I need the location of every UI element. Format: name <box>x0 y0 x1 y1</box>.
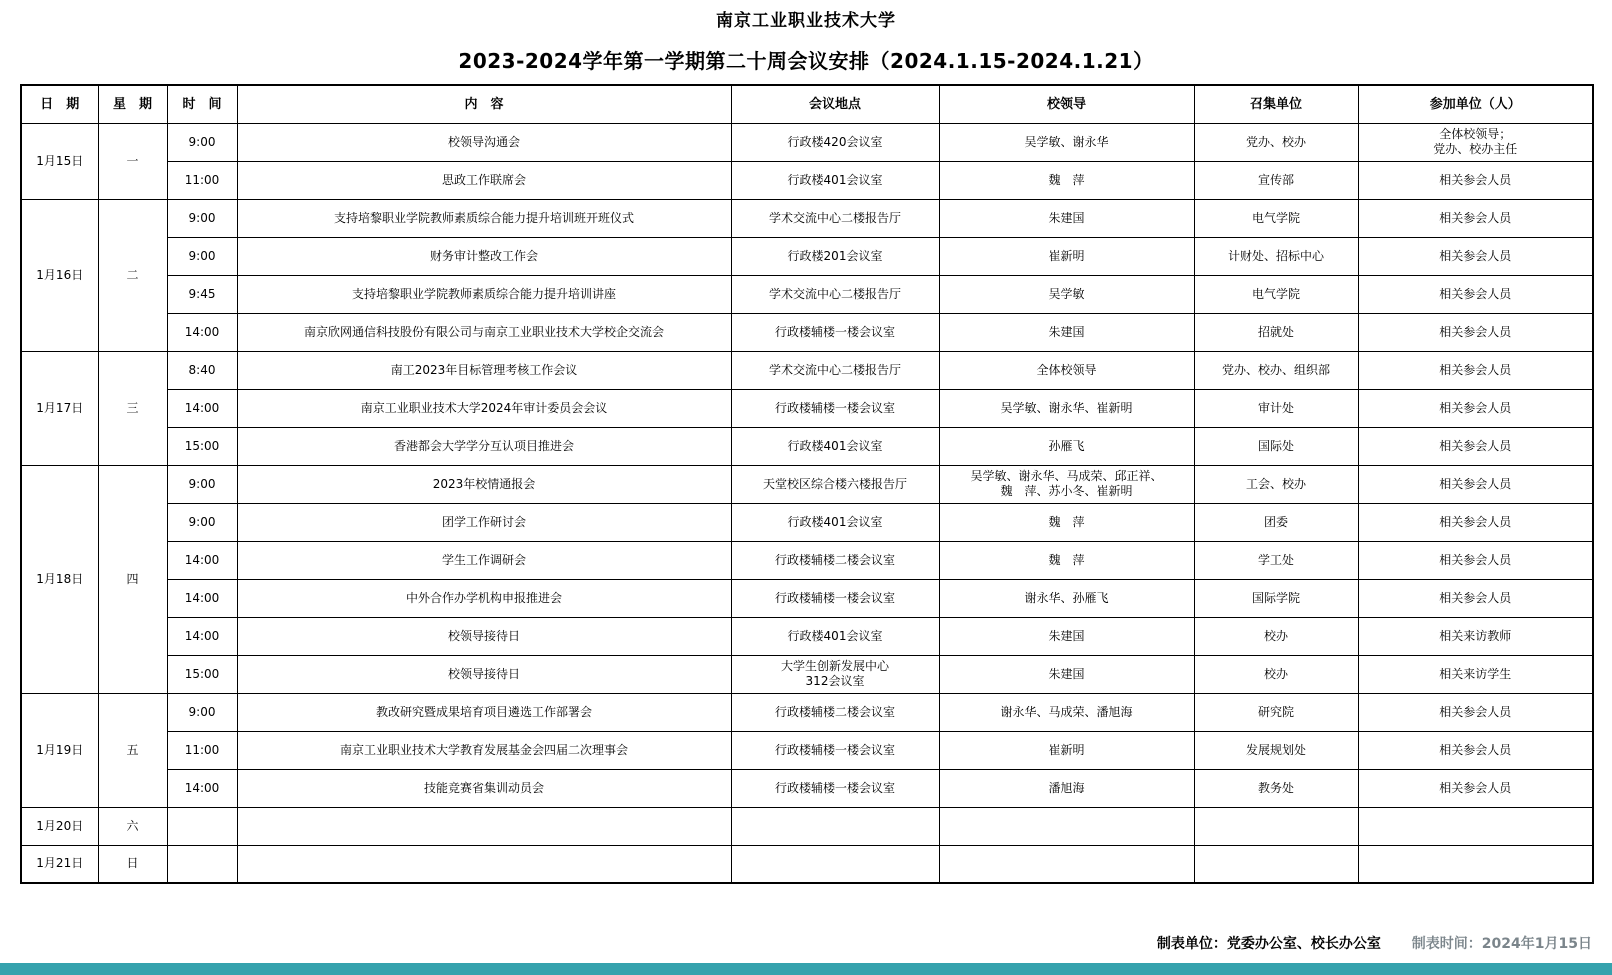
cell-participants: 相关参会人员 <box>1358 731 1593 769</box>
cell-convener: 国际处 <box>1194 427 1358 465</box>
schedule-table: 日 期 星 期 时 间 内 容 会议地点 校领导 召集单位 参加单位（人） 1月… <box>20 84 1594 884</box>
cell-leaders: 崔新明 <box>939 237 1194 275</box>
cell-participants: 相关参会人员 <box>1358 351 1593 389</box>
cell-convener: 学工处 <box>1194 541 1358 579</box>
cell-location: 行政楼辅楼一楼会议室 <box>731 769 939 807</box>
cell-convener <box>1194 845 1358 883</box>
cell-participants: 相关参会人员 <box>1358 389 1593 427</box>
table-row: 11:00 南京工业职业技术大学教育发展基金会四届二次理事会 行政楼辅楼一楼会议… <box>21 731 1593 769</box>
cell-leaders <box>939 845 1194 883</box>
cell-date: 1月16日 <box>21 199 98 351</box>
cell-leaders <box>939 807 1194 845</box>
cell-weekday: 一 <box>98 123 167 199</box>
cell-location <box>731 845 939 883</box>
cell-location: 行政楼辅楼二楼会议室 <box>731 693 939 731</box>
cell-time: 9:00 <box>167 465 237 503</box>
cell-location: 学术交流中心二楼报告厅 <box>731 199 939 237</box>
cell-participants: 相关参会人员 <box>1358 427 1593 465</box>
cell-participants: 相关参会人员 <box>1358 275 1593 313</box>
cell-convener: 研究院 <box>1194 693 1358 731</box>
cell-leaders: 朱建国 <box>939 313 1194 351</box>
cell-weekday: 六 <box>98 807 167 845</box>
cell-convener: 教务处 <box>1194 769 1358 807</box>
cell-time: 11:00 <box>167 731 237 769</box>
header-participants: 参加单位（人） <box>1358 85 1593 123</box>
cell-participants <box>1358 807 1593 845</box>
cell-date: 1月15日 <box>21 123 98 199</box>
cell-weekday: 二 <box>98 199 167 351</box>
page-subtitle: 2023-2024学年第一学期第二十周会议安排（2024.1.15-2024.1… <box>0 45 1612 74</box>
cell-leaders: 谢永华、马成荣、潘旭海 <box>939 693 1194 731</box>
cell-content: 校领导接待日 <box>237 655 731 693</box>
cell-participants: 相关来访学生 <box>1358 655 1593 693</box>
cell-participants: 相关参会人员 <box>1358 161 1593 199</box>
cell-leaders: 吴学敏、谢永华、崔新明 <box>939 389 1194 427</box>
cell-location: 行政楼401会议室 <box>731 161 939 199</box>
cell-time: 14:00 <box>167 579 237 617</box>
cell-content <box>237 845 731 883</box>
cell-time: 9:00 <box>167 199 237 237</box>
schedule-page: 南京工业职业技术大学 2023-2024学年第一学期第二十周会议安排（2024.… <box>0 0 1612 975</box>
cell-leaders: 孙雁飞 <box>939 427 1194 465</box>
cell-location: 大学生创新发展中心 312会议室 <box>731 655 939 693</box>
cell-participants: 相关来访教师 <box>1358 617 1593 655</box>
table-row: 1月17日三8:40 南工2023年目标管理考核工作会议 学术交流中心二楼报告厅… <box>21 351 1593 389</box>
cell-participants: 相关参会人员 <box>1358 769 1593 807</box>
cell-leaders: 吴学敏 <box>939 275 1194 313</box>
table-row: 1月19日五9:00 教改研究暨成果培育项目遴选工作部署会 行政楼辅楼二楼会议室… <box>21 693 1593 731</box>
cell-content: 财务审计整改工作会 <box>237 237 731 275</box>
cell-content: 校领导接待日 <box>237 617 731 655</box>
cell-participants: 相关参会人员 <box>1358 541 1593 579</box>
cell-leaders: 魏 萍 <box>939 503 1194 541</box>
cell-location: 行政楼401会议室 <box>731 503 939 541</box>
cell-content: 支持培黎职业学院教师素质综合能力提升培训班开班仪式 <box>237 199 731 237</box>
cell-leaders: 魏 萍 <box>939 161 1194 199</box>
cell-location: 行政楼辅楼一楼会议室 <box>731 579 939 617</box>
table-row: 15:00 校领导接待日 大学生创新发展中心 312会议室 朱建国 校办 相关来… <box>21 655 1593 693</box>
page-title: 南京工业职业技术大学 <box>0 0 1612 31</box>
table-row: 1月18日四9:00 2023年校情通报会 天堂校区综合楼六楼报告厅 吴学敏、谢… <box>21 465 1593 503</box>
cell-location: 行政楼辅楼一楼会议室 <box>731 731 939 769</box>
table-row: 9:45 支持培黎职业学院教师素质综合能力提升培训讲座 学术交流中心二楼报告厅 … <box>21 275 1593 313</box>
cell-convener: 工会、校办 <box>1194 465 1358 503</box>
cell-time: 9:00 <box>167 693 237 731</box>
cell-content: 南工2023年目标管理考核工作会议 <box>237 351 731 389</box>
cell-content: 支持培黎职业学院教师素质综合能力提升培训讲座 <box>237 275 731 313</box>
cell-weekday: 日 <box>98 845 167 883</box>
cell-content: 学生工作调研会 <box>237 541 731 579</box>
cell-leaders: 谢永华、孙雁飞 <box>939 579 1194 617</box>
table-row: 14:00 学生工作调研会 行政楼辅楼二楼会议室 魏 萍 学工处 相关参会人员 <box>21 541 1593 579</box>
cell-location: 行政楼辅楼一楼会议室 <box>731 389 939 427</box>
table-row: 15:00 香港都会大学学分互认项目推进会 行政楼401会议室 孙雁飞 国际处 … <box>21 427 1593 465</box>
cell-leaders: 潘旭海 <box>939 769 1194 807</box>
cell-time: 14:00 <box>167 313 237 351</box>
cell-participants: 相关参会人员 <box>1358 237 1593 275</box>
cell-time <box>167 807 237 845</box>
header-date: 日 期 <box>21 85 98 123</box>
cell-leaders: 全体校领导 <box>939 351 1194 389</box>
table-row: 9:00 财务审计整改工作会 行政楼201会议室 崔新明 计财处、招标中心 相关… <box>21 237 1593 275</box>
cell-participants: 全体校领导； 党办、校办主任 <box>1358 123 1593 161</box>
cell-location: 学术交流中心二楼报告厅 <box>731 275 939 313</box>
cell-location: 学术交流中心二楼报告厅 <box>731 351 939 389</box>
cell-participants: 相关参会人员 <box>1358 465 1593 503</box>
footer: 制表单位：党委办公室、校长办公室 制表时间：2024年1月15日 <box>1157 933 1592 953</box>
header-leaders: 校领导 <box>939 85 1194 123</box>
cell-content: 香港都会大学学分互认项目推进会 <box>237 427 731 465</box>
footer-maker-time: 制表时间：2024年1月15日 <box>1412 936 1592 952</box>
table-row: 1月15日一9:00 校领导沟通会 行政楼420会议室 吴学敏、谢永华 党办、校… <box>21 123 1593 161</box>
cell-convener: 国际学院 <box>1194 579 1358 617</box>
cell-participants: 相关参会人员 <box>1358 503 1593 541</box>
cell-date: 1月17日 <box>21 351 98 465</box>
cell-leaders: 朱建国 <box>939 617 1194 655</box>
cell-content: 南京欣网通信科技股份有限公司与南京工业职业技术大学校企交流会 <box>237 313 731 351</box>
cell-participants: 相关参会人员 <box>1358 313 1593 351</box>
cell-location: 行政楼401会议室 <box>731 427 939 465</box>
cell-participants: 相关参会人员 <box>1358 579 1593 617</box>
cell-location: 行政楼420会议室 <box>731 123 939 161</box>
cell-leaders: 魏 萍 <box>939 541 1194 579</box>
cell-convener: 电气学院 <box>1194 275 1358 313</box>
cell-convener: 招就处 <box>1194 313 1358 351</box>
cell-content: 技能竞赛省集训动员会 <box>237 769 731 807</box>
cell-content: 思政工作联席会 <box>237 161 731 199</box>
cell-weekday: 四 <box>98 465 167 693</box>
cell-time: 15:00 <box>167 427 237 465</box>
cell-time: 14:00 <box>167 541 237 579</box>
header-location: 会议地点 <box>731 85 939 123</box>
cell-convener <box>1194 807 1358 845</box>
cell-content: 校领导沟通会 <box>237 123 731 161</box>
table-row: 14:00 技能竞赛省集训动员会 行政楼辅楼一楼会议室 潘旭海 教务处 相关参会… <box>21 769 1593 807</box>
cell-leaders: 吴学敏、谢永华、马成荣、邱正祥、 魏 萍、苏小冬、崔新明 <box>939 465 1194 503</box>
cell-leaders: 朱建国 <box>939 199 1194 237</box>
cell-location: 天堂校区综合楼六楼报告厅 <box>731 465 939 503</box>
cell-time: 9:00 <box>167 123 237 161</box>
bottom-teal-bar <box>0 963 1612 975</box>
cell-convener: 宣传部 <box>1194 161 1358 199</box>
cell-content: 2023年校情通报会 <box>237 465 731 503</box>
header-row: 日 期 星 期 时 间 内 容 会议地点 校领导 召集单位 参加单位（人） <box>21 85 1593 123</box>
cell-content: 团学工作研讨会 <box>237 503 731 541</box>
cell-time: 14:00 <box>167 389 237 427</box>
cell-date: 1月19日 <box>21 693 98 807</box>
cell-date: 1月21日 <box>21 845 98 883</box>
cell-location: 行政楼辅楼一楼会议室 <box>731 313 939 351</box>
cell-time: 9:00 <box>167 503 237 541</box>
cell-date: 1月20日 <box>21 807 98 845</box>
footer-maker-unit: 制表单位：党委办公室、校长办公室 <box>1157 936 1381 952</box>
cell-convener: 校办 <box>1194 655 1358 693</box>
table-row: 9:00 团学工作研讨会 行政楼401会议室 魏 萍 团委 相关参会人员 <box>21 503 1593 541</box>
cell-content <box>237 807 731 845</box>
cell-content: 南京工业职业技术大学教育发展基金会四届二次理事会 <box>237 731 731 769</box>
cell-time: 14:00 <box>167 769 237 807</box>
table-row: 1月20日六 <box>21 807 1593 845</box>
cell-convener: 党办、校办、组织部 <box>1194 351 1358 389</box>
cell-time: 9:45 <box>167 275 237 313</box>
cell-convener: 校办 <box>1194 617 1358 655</box>
cell-time: 15:00 <box>167 655 237 693</box>
cell-weekday: 三 <box>98 351 167 465</box>
table-row: 14:00 南京工业职业技术大学2024年审计委员会会议 行政楼辅楼一楼会议室 … <box>21 389 1593 427</box>
header-convener: 召集单位 <box>1194 85 1358 123</box>
header-content: 内 容 <box>237 85 731 123</box>
cell-date: 1月18日 <box>21 465 98 693</box>
table-row: 14:00 校领导接待日 行政楼401会议室 朱建国 校办 相关来访教师 <box>21 617 1593 655</box>
cell-content: 南京工业职业技术大学2024年审计委员会会议 <box>237 389 731 427</box>
table-row: 1月21日日 <box>21 845 1593 883</box>
cell-leaders: 崔新明 <box>939 731 1194 769</box>
cell-time: 14:00 <box>167 617 237 655</box>
cell-participants: 相关参会人员 <box>1358 693 1593 731</box>
cell-location: 行政楼辅楼二楼会议室 <box>731 541 939 579</box>
cell-location: 行政楼201会议室 <box>731 237 939 275</box>
cell-participants: 相关参会人员 <box>1358 199 1593 237</box>
cell-time: 9:00 <box>167 237 237 275</box>
cell-time: 8:40 <box>167 351 237 389</box>
cell-content: 教改研究暨成果培育项目遴选工作部署会 <box>237 693 731 731</box>
cell-convener: 发展规划处 <box>1194 731 1358 769</box>
cell-leaders: 朱建国 <box>939 655 1194 693</box>
table-row: 1月16日二9:00 支持培黎职业学院教师素质综合能力提升培训班开班仪式 学术交… <box>21 199 1593 237</box>
header-weekday: 星 期 <box>98 85 167 123</box>
cell-location <box>731 807 939 845</box>
cell-convener: 党办、校办 <box>1194 123 1358 161</box>
header-time: 时 间 <box>167 85 237 123</box>
cell-leaders: 吴学敏、谢永华 <box>939 123 1194 161</box>
cell-participants <box>1358 845 1593 883</box>
cell-time: 11:00 <box>167 161 237 199</box>
cell-convener: 电气学院 <box>1194 199 1358 237</box>
table-row: 11:00 思政工作联席会 行政楼401会议室 魏 萍 宣传部 相关参会人员 <box>21 161 1593 199</box>
cell-weekday: 五 <box>98 693 167 807</box>
table-row: 14:00 中外合作办学机构申报推进会 行政楼辅楼一楼会议室 谢永华、孙雁飞 国… <box>21 579 1593 617</box>
cell-convener: 审计处 <box>1194 389 1358 427</box>
cell-content: 中外合作办学机构申报推进会 <box>237 579 731 617</box>
cell-time <box>167 845 237 883</box>
cell-convener: 计财处、招标中心 <box>1194 237 1358 275</box>
table-row: 14:00 南京欣网通信科技股份有限公司与南京工业职业技术大学校企交流会 行政楼… <box>21 313 1593 351</box>
cell-location: 行政楼401会议室 <box>731 617 939 655</box>
cell-convener: 团委 <box>1194 503 1358 541</box>
